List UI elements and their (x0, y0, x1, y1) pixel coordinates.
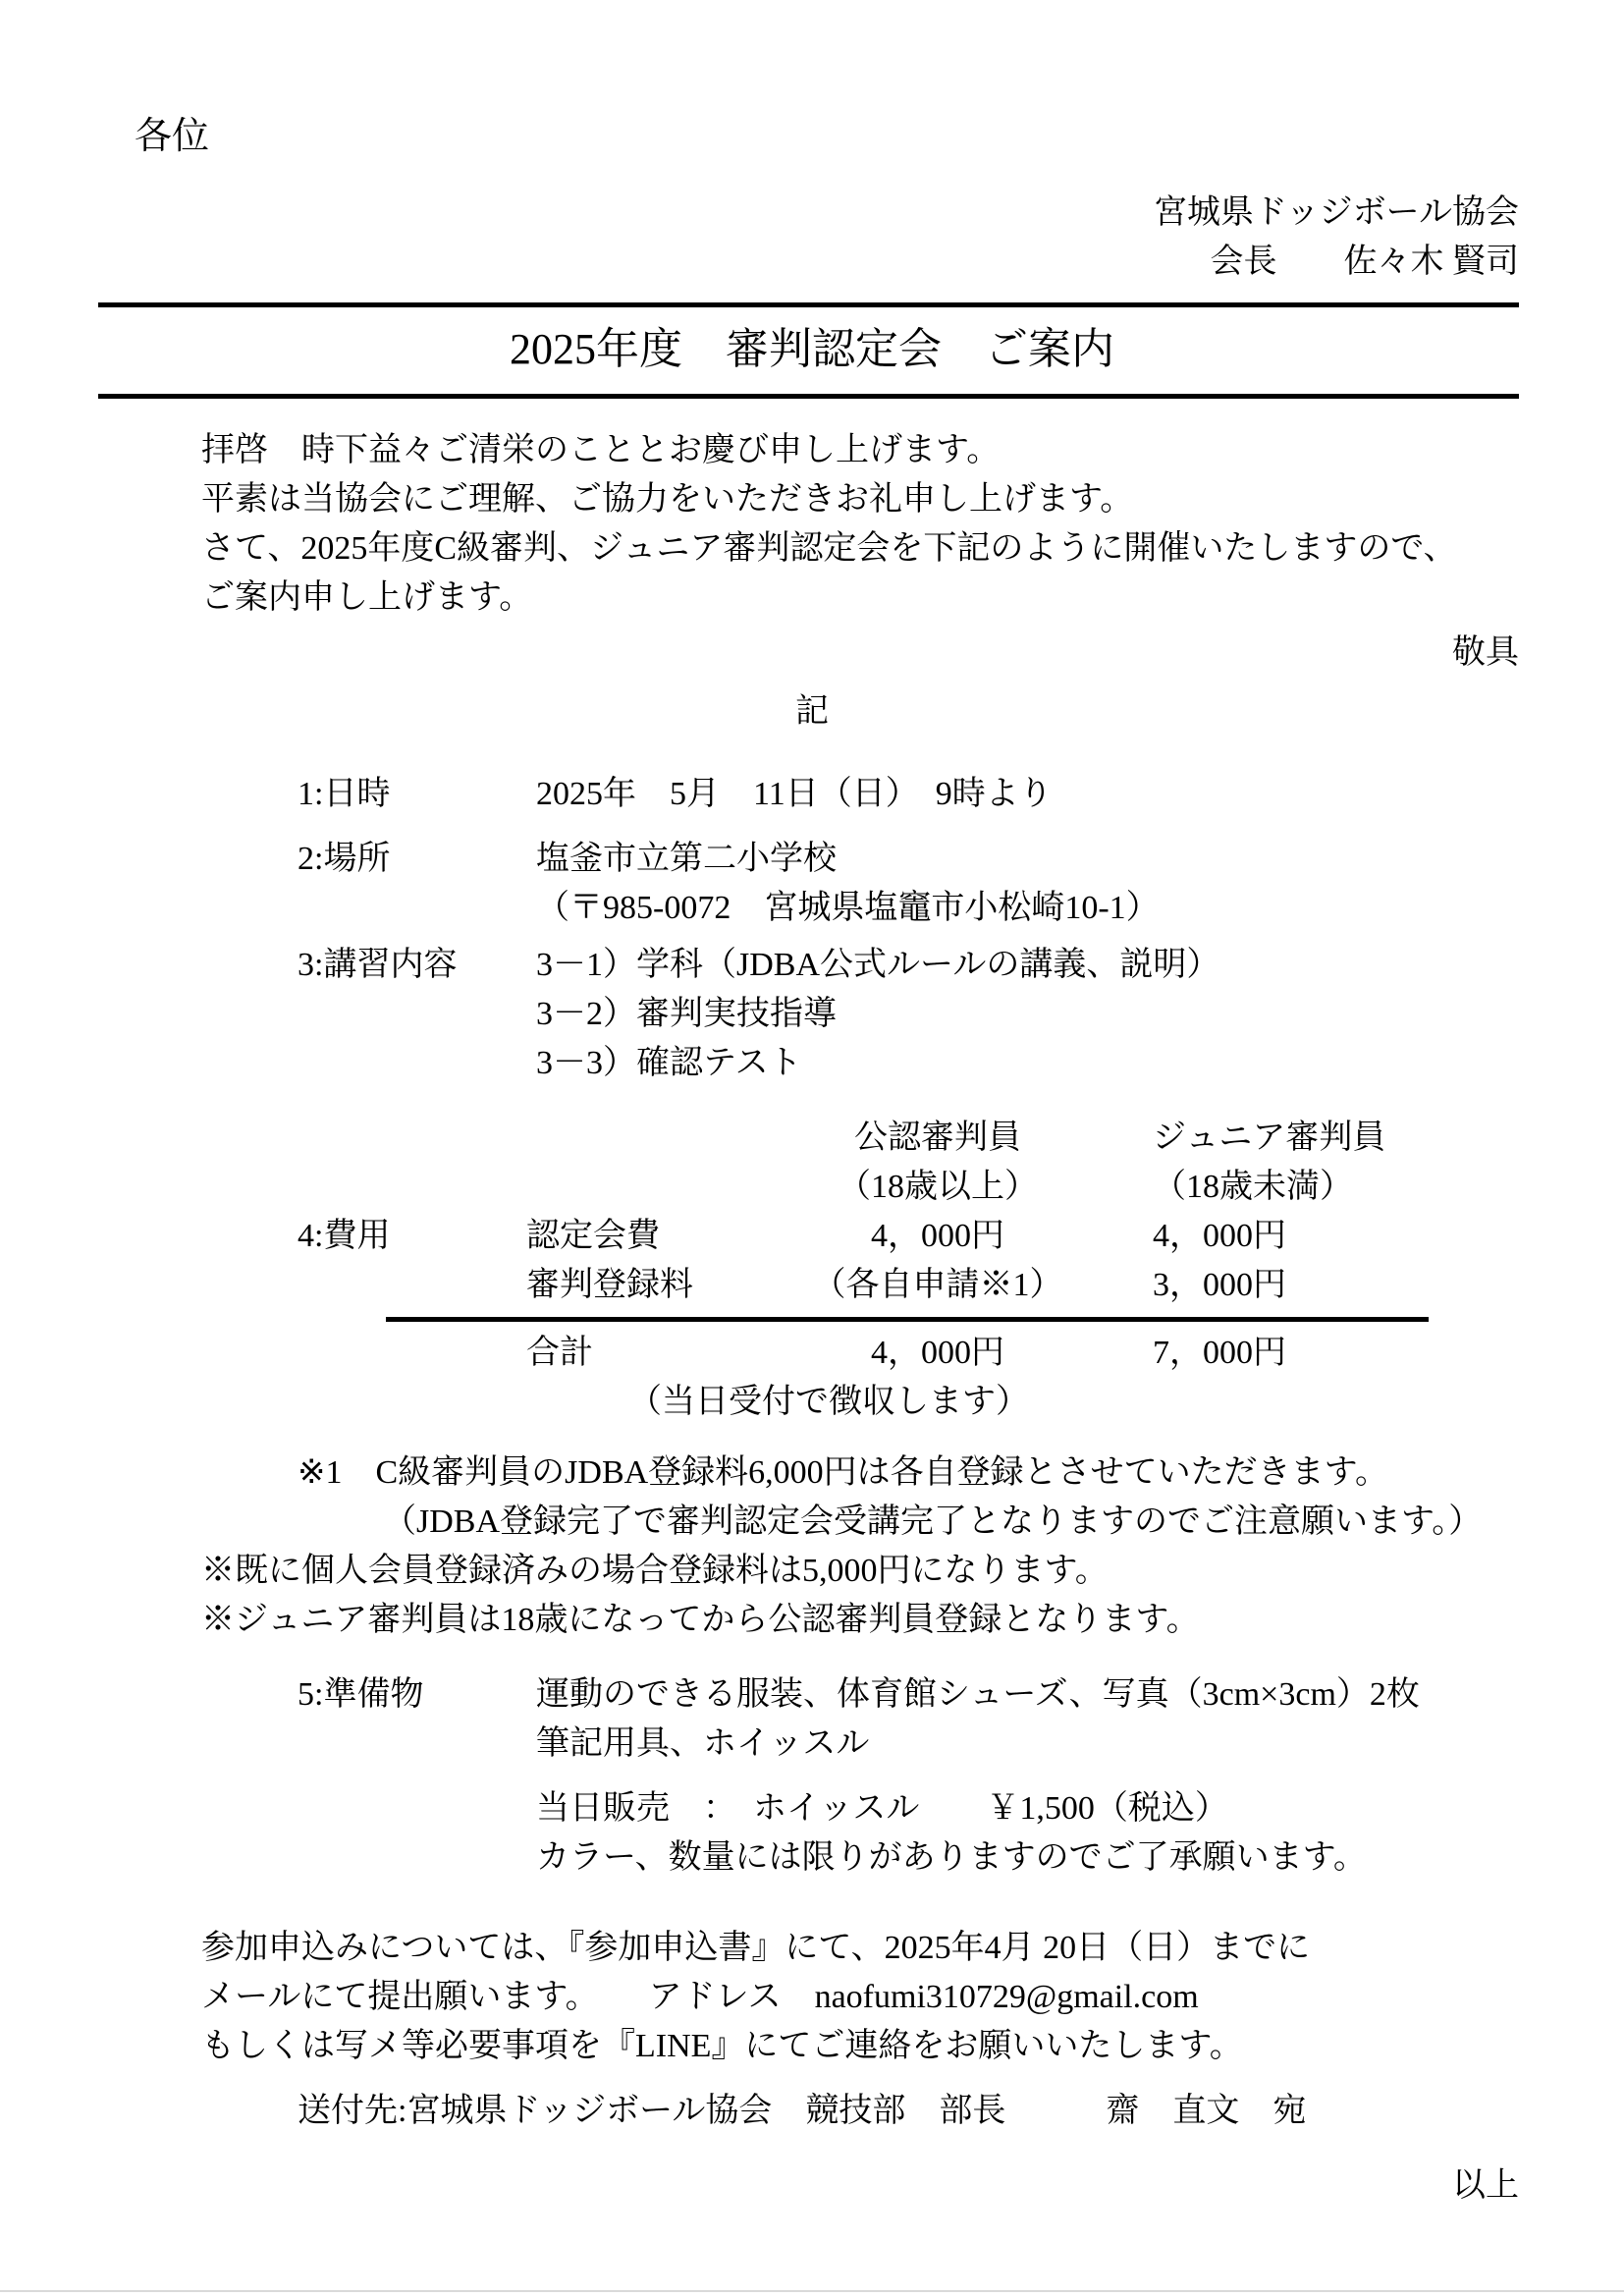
sender-block: 宮城県ドッジボール協会 会長 佐々木 賢司 (0, 189, 1519, 287)
fee-official-value: （各自申請※1） (776, 1261, 1100, 1310)
section-value: 2025年 5月 11日（日） 9時より (536, 770, 1624, 819)
section-datetime: 1:日時 2025年 5月 11日（日） 9時より (298, 770, 1624, 819)
fee-collect-note: （当日受付で徴収します） (628, 1378, 1624, 1427)
preparation-line: 筆記用具、ホイッスル (536, 1720, 1624, 1769)
section-contents: 3:講習内容 3－1）学科（JDBA公式ルールの講義、説明） 3－2）審判実技指… (298, 941, 1624, 1088)
fee-subheader-row: （18歳以上） （18歳未満） (298, 1163, 1624, 1212)
section-value: 運動のできる服装、体育館シューズ、写真（3cm×3cm）2枚 筆記用具、ホイッス… (536, 1670, 1624, 1769)
footnotes-block: ※1 C級審判員のJDBA登録料6,000円は各自登録とさせていただきます。 （… (0, 1449, 1624, 1645)
document-title: 2025年度 審判認定会 ご案内 (0, 320, 1624, 379)
fee-item: 認定会費 (526, 1212, 776, 1261)
fee-table: 公認審判員 ジュニア審判員 （18歳以上） （18歳未満） 4:費用 認定会費 … (298, 1114, 1624, 1427)
addressee: 各位 (135, 110, 1624, 163)
fee-row-total: 合計 4，000円 7，000円 (298, 1329, 1624, 1378)
section-value: 塩釜市立第二小学校 （〒985-0072 宮城県塩竈市小松崎10-1） (536, 835, 1624, 933)
destination-line: 送付先:宮城県ドッジボール協会 競技部 部長 齋 直文 宛 (298, 2087, 1624, 2136)
section-label: 2:場所 (298, 835, 536, 933)
sender-org: 宮城県ドッジボール協会 (0, 189, 1519, 238)
preparation-line: 運動のできる服装、体育館シューズ、写真（3cm×3cm）2枚 (536, 1670, 1624, 1720)
title-rule-top (98, 302, 1519, 307)
footnote: ※既に個人会員登録済みの場合登録料は5,000円になります。 (201, 1547, 1624, 1596)
sales-line: カラー、数量には限りがありますのでご了承願います。 (536, 1833, 1624, 1883)
document-page: 各位 宮城県ドッジボール協会 会長 佐々木 賢司 2025年度 審判認定会 ご案… (0, 0, 1624, 2296)
fee-col-junior-subtitle: （18歳未満） (1100, 1163, 1624, 1212)
fee-col-junior-title: ジュニア審判員 (1100, 1114, 1624, 1163)
application-line: 参加申込みについては、『参加申込書』にて、2025年4月 20日（日）までに (201, 1924, 1565, 1973)
fee-table-divider (386, 1317, 1429, 1322)
section-value: 3－1）学科（JDBA公式ルールの講義、説明） 3－2）審判実技指導 3－3）確… (536, 941, 1624, 1088)
section-place: 2:場所 塩釜市立第二小学校 （〒985-0072 宮城県塩竈市小松崎10-1） (298, 835, 1624, 933)
fee-row-certification: 4:費用 認定会費 4，000円 4，000円 (298, 1212, 1624, 1261)
application-line: メールにて提出願います。 アドレス naofumi310729@gmail.co… (201, 1973, 1565, 2022)
place-address: （〒985-0072 宮城県塩竈市小松崎10-1） (536, 884, 1624, 933)
fee-row-registration: 審判登録料 （各自申請※1） 3，000円 (298, 1261, 1624, 1310)
greeting-line: ご案内申し上げます。 (201, 574, 1565, 623)
content-item: 3－1）学科（JDBA公式ルールの講義、説明） (536, 941, 1624, 990)
sales-block: 当日販売 ： ホイッスル ￥1,500（税込） カラー、数量には限りがありますの… (536, 1784, 1624, 1883)
content-item: 3－2）審判実技指導 (536, 990, 1624, 1039)
title-rule-bottom (98, 394, 1519, 399)
section-label: 4:費用 (298, 1212, 526, 1261)
greeting-line: さて、2025年度C級審判、ジュニア審判認定会を下記のように開催いたしますので、 (201, 524, 1565, 574)
section-label: 3:講習内容 (298, 941, 536, 1088)
fee-col-official-subtitle: （18歳以上） (776, 1163, 1100, 1212)
fee-official-value: 4，000円 (776, 1329, 1100, 1378)
fee-item: 合計 (526, 1329, 776, 1378)
content-item: 3－3）確認テスト (536, 1039, 1624, 1088)
application-paragraph: 参加申込みについては、『参加申込書』にて、2025年4月 20日（日）までに メ… (201, 1924, 1565, 2071)
sender-chairman: 会長 佐々木 賢司 (0, 238, 1519, 287)
section-label: 5:準備物 (298, 1670, 536, 1769)
fee-junior-value: 7，000円 (1100, 1329, 1624, 1378)
footnote: ※1 C級審判員のJDBA登録料6,000円は各自登録とさせていただきます。 (298, 1449, 1624, 1498)
greeting-line: 拝啓 時下益々ご清栄のこととお慶び申し上げます。 (201, 426, 1565, 475)
place-name: 塩釜市立第二小学校 (536, 835, 1624, 884)
greeting-paragraph: 拝啓 時下益々ご清栄のこととお慶び申し上げます。 平素は当協会にご理解、ご協力を… (201, 426, 1565, 623)
section-label: 1:日時 (298, 770, 536, 819)
record-marker: 記 (0, 687, 1624, 737)
footnote: ※ジュニア審判員は18歳になってから公認審判員登録となります。 (201, 1596, 1624, 1645)
section-preparations: 5:準備物 運動のできる服装、体育館シューズ、写真（3cm×3cm）2枚 筆記用… (298, 1670, 1624, 1769)
footnote: （JDBA登録完了で審判認定会受講完了となりますのでご注意願います。） (383, 1498, 1624, 1547)
fee-official-value: 4，000円 (776, 1212, 1100, 1261)
greeting-line: 平素は当協会にご理解、ご協力をいただきお礼申し上げます。 (201, 475, 1565, 524)
fee-col-official-title: 公認審判員 (776, 1114, 1100, 1163)
fee-junior-value: 4，000円 (1100, 1212, 1624, 1261)
end-word: 以上 (0, 2161, 1519, 2211)
closing-word: 敬具 (0, 629, 1519, 678)
fee-junior-value: 3，000円 (1100, 1261, 1624, 1310)
application-line: もしくは写メ等必要事項を『LINE』にてご連絡をお願いいたします。 (201, 2022, 1565, 2071)
fee-header-row: 公認審判員 ジュニア審判員 (298, 1114, 1624, 1163)
fee-item: 審判登録料 (526, 1261, 776, 1310)
sales-line: 当日販売 ： ホイッスル ￥1,500（税込） (536, 1784, 1624, 1833)
